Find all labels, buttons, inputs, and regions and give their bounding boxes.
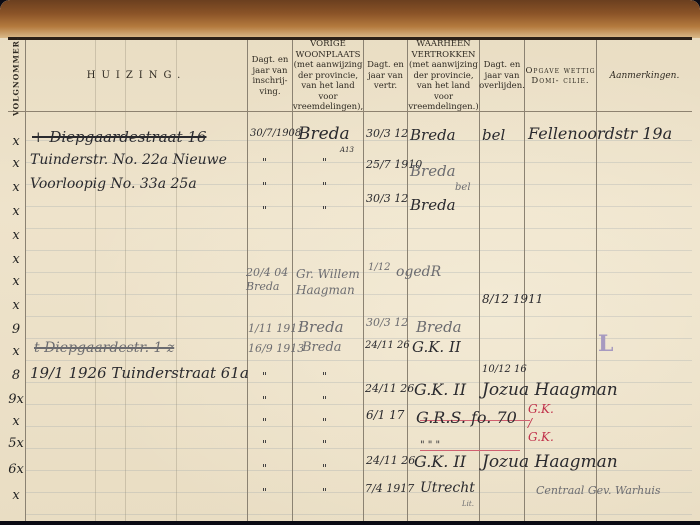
margin-mark: x xyxy=(8,204,24,219)
inschrijving-date: " xyxy=(262,416,267,429)
vorige-woonplaats: " xyxy=(322,204,327,217)
header-aanmerkingen: Aanmerkingen. xyxy=(597,40,692,112)
margin-mark: 9x xyxy=(8,392,24,407)
inschrijving-date: 30/7/1908 xyxy=(250,128,301,139)
waarheen-vertrokken: Breda xyxy=(416,318,462,336)
inschrijving-date: " xyxy=(262,394,267,407)
margin-mark: x xyxy=(8,414,24,429)
waarheen-vertrokken: Breda xyxy=(410,126,456,144)
waarheen-vertrokken: " " " xyxy=(420,440,440,451)
page-bottom-edge xyxy=(0,521,700,525)
red-annotation: G.K. / G.K. xyxy=(528,402,558,444)
inschrijving-date: " xyxy=(262,462,267,475)
vorige-woonplaats: " xyxy=(322,438,327,451)
vorige-woonplaats: Gr. Willem Haagman xyxy=(296,266,366,298)
waarheen-vertrokken: Breda xyxy=(410,196,456,214)
header-huizing: HUIZING. xyxy=(26,40,247,112)
vorige-woonplaats: " xyxy=(322,416,327,429)
inschrijving-date: " xyxy=(262,156,267,169)
waarheen-vertrokken: G.K. II xyxy=(412,338,461,356)
huizing-entry: t Diepgaardestr. 1 z xyxy=(34,340,174,356)
inschrijving-date: 16/9 1913 xyxy=(248,342,304,355)
vertrek-date: 30/3 12 xyxy=(366,192,408,205)
inschrijving-date: " xyxy=(262,438,267,451)
page-top-edge xyxy=(0,0,700,38)
aanmerking-entry: Centraal Gev. Warhuis xyxy=(536,484,661,497)
header-overlijden: Dagt. en jaar van overlijden. xyxy=(480,40,524,112)
overlijden-entry: bel xyxy=(482,126,505,144)
inschrijving-date: 20/4 04 Breda xyxy=(246,266,292,294)
huizing-entry: Tuinderstr. No. 22a Nieuwe xyxy=(30,152,227,168)
margin-mark: x xyxy=(8,156,24,171)
register-page: VOLGNOMMER. HUIZING. Dagt. en jaar van i… xyxy=(0,0,700,525)
huizing-entry: 19/1 1926 Tuinderstraat 61a xyxy=(30,364,249,382)
huizing-entry: + Diepgaardestraat 16 xyxy=(32,128,206,146)
vorige-woonplaats-sub: A13 xyxy=(340,146,354,154)
header-vertrek-datum: Dagt. en jaar van vertr. xyxy=(364,40,407,112)
vorige-woonplaats: " xyxy=(322,156,327,169)
overlijden-date: 10/12 16 xyxy=(482,364,527,375)
inschrijving-date: " xyxy=(262,204,267,217)
header-domicilie: Opgave wettig Domi- cilie. xyxy=(525,40,596,112)
vertrek-date: 1/12 xyxy=(368,262,390,273)
inschrijving-date: " xyxy=(262,180,267,193)
column-divider xyxy=(25,40,26,525)
vertrek-date: 24/11 26 xyxy=(365,382,414,395)
huizing-entry: Voorloopig No. 33a 25a xyxy=(30,176,197,192)
vertrek-date: 24/11 26 xyxy=(365,340,410,351)
margin-mark: x xyxy=(8,134,24,149)
margin-mark: x xyxy=(8,488,24,503)
vertrek-date: 6/1 17 xyxy=(366,408,404,422)
vorige-woonplaats: Breda xyxy=(298,318,344,336)
column-divider xyxy=(95,40,96,525)
waarheen-sub: Lit. xyxy=(462,500,474,508)
vertrek-date: 24/11 26 xyxy=(366,454,415,467)
domicilie-entry: Jozua Haagman xyxy=(482,380,618,400)
header-waarheen-vertrokken: WAARHEEN VERTROKKEN (met aanwijzing der … xyxy=(408,40,479,112)
margin-mark: x xyxy=(8,228,24,243)
vertrek-date: 7/4 1917 xyxy=(365,482,414,495)
vertrek-date: 30/3 12 xyxy=(366,316,408,329)
column-divider xyxy=(292,40,293,525)
overlijden-date: 8/12 1911 xyxy=(482,292,543,306)
margin-mark: x xyxy=(8,274,24,289)
waarheen-vertrokken: Breda xyxy=(410,162,456,180)
waarheen-vertrokken: Utrecht xyxy=(420,480,475,496)
waarheen-vertrokken: G.K. II xyxy=(414,380,466,399)
waarheen-vertrokken: G.K. II xyxy=(414,452,466,471)
margin-mark: 5x xyxy=(8,436,24,451)
margin-mark: x xyxy=(8,180,24,195)
inschrijving-date: " xyxy=(262,486,267,499)
vorige-woonplaats: " xyxy=(322,462,327,475)
header-vorige-woonplaats: VORIGE WOONPLAATS (met aanwijzing der pr… xyxy=(293,40,363,112)
column-divider xyxy=(125,40,126,525)
waarheen-vertrokken: G.R.S. fo. 70 xyxy=(416,408,517,427)
margin-mark: x xyxy=(8,298,24,313)
column-divider xyxy=(176,40,177,525)
stamp-mark: L xyxy=(598,331,613,357)
waarheen-vertrokken: ogedR xyxy=(396,264,441,280)
overlijden-note: bel xyxy=(455,182,471,193)
column-divider xyxy=(479,40,480,525)
margin-mark: 8 xyxy=(8,368,24,383)
header-inschrijving: Dagt. en jaar van inschrij- ving. xyxy=(248,40,292,112)
vorige-woonplaats: " xyxy=(322,394,327,407)
vorige-woonplaats: " xyxy=(322,486,327,499)
inschrijving-date: 1/11 1911 xyxy=(248,322,304,335)
margin-mark: 6x xyxy=(8,462,24,477)
vorige-woonplaats: " xyxy=(322,180,327,193)
vorige-woonplaats: " xyxy=(322,370,327,383)
inschrijving-date: " xyxy=(262,370,267,383)
domicilie-entry: Fellenoordstr 19a xyxy=(528,124,672,143)
header-volgnummer: VOLGNOMMER. xyxy=(8,40,25,112)
vertrek-date: 30/3 12 xyxy=(366,127,408,140)
vorige-woonplaats: Breda xyxy=(298,124,350,144)
margin-mark: x xyxy=(8,344,24,359)
column-divider xyxy=(407,40,408,525)
domicilie-entry: Jozua Haagman xyxy=(482,452,618,472)
vorige-woonplaats: Breda xyxy=(302,340,342,355)
margin-mark: x xyxy=(8,252,24,267)
margin-mark: 9 xyxy=(8,322,24,337)
